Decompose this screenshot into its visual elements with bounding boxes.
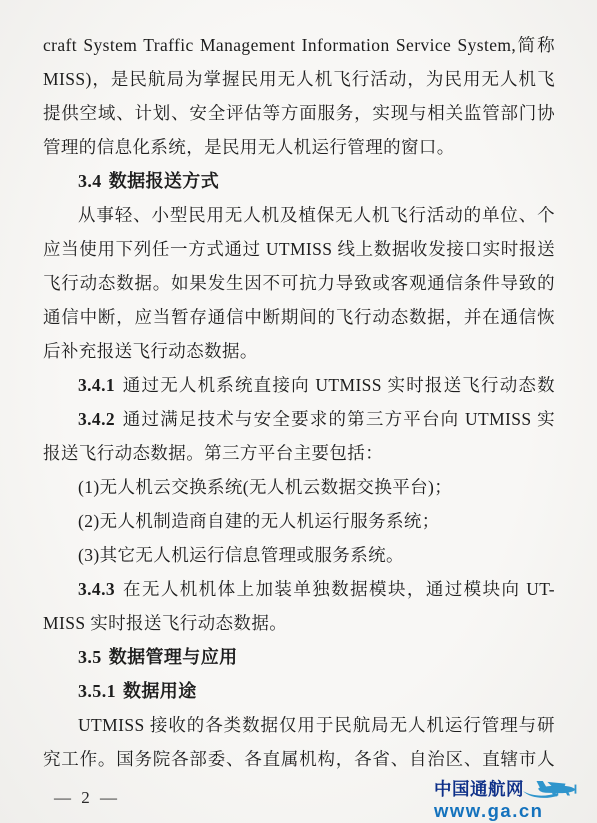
text-line: 管理的信息化系统，是民用无人机运行管理的窗口。: [43, 130, 555, 164]
section-title: 数据用途: [123, 681, 197, 701]
section-heading: 3.4数据报送方式: [43, 164, 555, 198]
section-heading: 3.5.1数据用途: [43, 674, 555, 708]
text-line: craft System Traffic Management Informat…: [43, 28, 555, 62]
site-watermark: 中国通航网 www.ga.cn: [434, 779, 596, 820]
text-line: 应当使用下列任一方式通过 UTMISS 线上数据收发接口实时报送: [43, 232, 555, 266]
text-line: 通信中断，应当暂存通信中断期间的飞行动态数据，并在通信恢复: [43, 300, 555, 334]
section-number: 3.4: [78, 171, 102, 191]
section-number: 3.5.1: [78, 681, 116, 701]
text-line: 3.4.3在无人机机体上加装单独数据模块，通过模块向 UT-: [43, 572, 555, 606]
text-line: 后补充报送飞行动态数据。: [43, 334, 555, 368]
clause-number: 3.4.3: [78, 579, 115, 599]
clause-number: 3.4.2: [78, 409, 115, 429]
text-line: 提供空域、计划、安全评估等方面服务，实现与相关监管部门协同: [43, 96, 555, 130]
list-item: (3)其它无人机运行信息管理或服务系统。: [43, 538, 555, 572]
text-line: 3.4.1通过无人机系统直接向 UTMISS 实时报送飞行动态数据。: [43, 368, 555, 402]
airplane-icon: [522, 779, 580, 801]
text-line: 飞行动态数据。如果发生因不可抗力导致或客观通信条件导致的: [43, 266, 555, 300]
text-line: MISS)，是民航局为掌握民用无人机飞行活动，为民用无人机飞行: [43, 62, 555, 96]
text-line: 究工作。国务院各部委、各直属机构，各省、自治区、直辖市人民政: [43, 742, 555, 776]
list-item: (2)无人机制造商自建的无人机运行服务系统；: [43, 504, 555, 538]
clause-number: 3.4.1: [78, 375, 115, 395]
text-line: MISS 实时报送飞行动态数据。: [43, 606, 555, 640]
clause-text: 通过满足技术与安全要求的第三方平台向 UTMISS 实时: [43, 409, 555, 436]
list-item: (1)无人机云交换系统(无人机云数据交换平台)；: [43, 470, 555, 504]
text-line: 报送飞行动态数据。第三方平台主要包括：: [43, 436, 555, 470]
clause-text: 通过无人机系统直接向 UTMISS 实时报送飞行动态数据。: [43, 375, 555, 402]
page-number: — 2 —: [54, 788, 120, 808]
text-line: 从事轻、小型民用无人机及植保无人机飞行活动的单位、个人: [43, 198, 555, 232]
document-body: craft System Traffic Management Informat…: [43, 28, 555, 776]
document-page: craft System Traffic Management Informat…: [0, 0, 597, 823]
site-url: www.ga.cn: [434, 801, 596, 820]
section-number: 3.5: [78, 647, 102, 667]
text-line: UTMISS 接收的各类数据仅用于民航局无人机运行管理与研: [43, 708, 555, 742]
section-heading: 3.5数据管理与应用: [43, 640, 555, 674]
text-line: 3.4.2通过满足技术与安全要求的第三方平台向 UTMISS 实时: [43, 402, 555, 436]
site-name: 中国通航网: [434, 780, 524, 798]
clause-text: 在无人机机体上加装单独数据模块，通过模块向 UT-: [122, 579, 555, 599]
section-title: 数据报送方式: [109, 171, 219, 191]
section-title: 数据管理与应用: [109, 647, 238, 667]
watermark-top-row: 中国通航网: [434, 779, 596, 801]
